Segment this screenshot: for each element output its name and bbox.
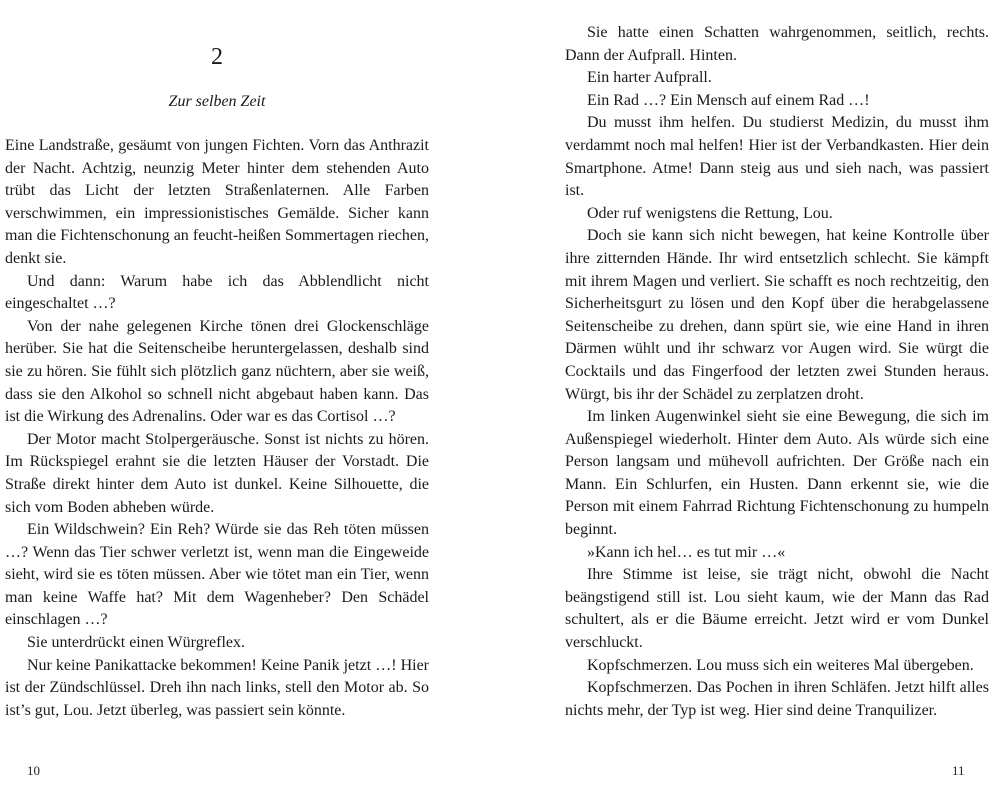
paragraph: Ein harter Aufprall. (565, 67, 989, 90)
paragraph: Du musst ihm helfen. Du studierst Medizi… (565, 112, 989, 202)
paragraph: Nur keine Panikattacke bekommen! Keine P… (5, 655, 429, 723)
paragraph: Ihre Stimme ist leise, sie trägt nicht, … (565, 564, 989, 654)
paragraph: Oder ruf wenigstens die Rettung, Lou. (565, 203, 989, 226)
left-page: 2 Zur selben Zeit Eine Landstraße, gesäu… (5, 0, 429, 795)
paragraph: Im linken Augenwinkel sieht sie eine Bew… (565, 406, 989, 542)
paragraph: »Kann ich hel… es tut mir …« (565, 542, 989, 565)
right-page-body: Sie hatte einen Schatten wahrgenommen, s… (565, 22, 989, 722)
paragraph: Der Motor macht Stolpergeräusche. Sonst … (5, 429, 429, 519)
page-number-right: 11 (952, 763, 965, 779)
paragraph: Eine Landstraße, gesäumt von jungen Fich… (5, 135, 429, 271)
left-page-body: Eine Landstraße, gesäumt von jungen Fich… (5, 135, 429, 722)
paragraph: Doch sie kann sich nicht bewegen, hat ke… (565, 225, 989, 406)
right-page: Sie hatte einen Schatten wahrgenommen, s… (565, 0, 989, 795)
paragraph: Sie hatte einen Schatten wahrgenommen, s… (565, 22, 989, 67)
paragraph: Kopfschmerzen. Lou muss sich ein weitere… (565, 655, 989, 678)
paragraph: Ein Rad …? Ein Mensch auf einem Rad …! (565, 90, 989, 113)
paragraph: Und dann: Warum habe ich das Abblendlich… (5, 271, 429, 316)
chapter-number: 2 (5, 42, 429, 72)
paragraph: Kopfschmerzen. Das Pochen in ihren Schlä… (565, 677, 989, 722)
page-number-left: 10 (27, 763, 40, 779)
chapter-title: Zur selben Zeit (5, 91, 429, 113)
paragraph: Ein Wildschwein? Ein Reh? Würde sie das … (5, 519, 429, 632)
paragraph: Von der nahe gelegenen Kirche tönen drei… (5, 316, 429, 429)
paragraph: Sie unterdrückt einen Würgreflex. (5, 632, 429, 655)
